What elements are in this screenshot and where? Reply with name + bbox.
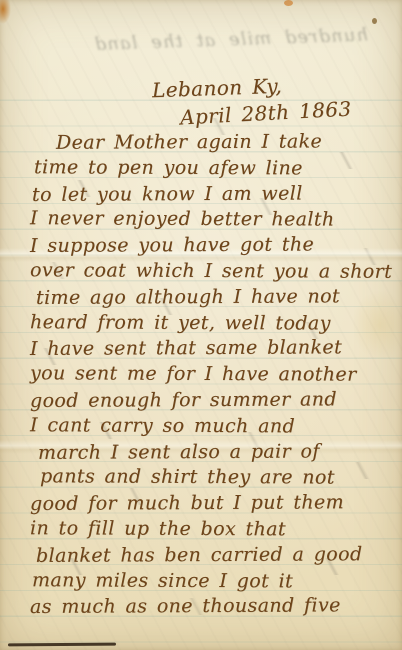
bleed-through-text: hundred mile at the land: [48, 24, 369, 56]
handwritten-line: pants and shirt they are not: [30, 465, 390, 492]
handwritten-line: I suppose you have got the: [30, 232, 390, 260]
handwritten-line: good enough for summer and: [30, 387, 390, 415]
ink-speck: [284, 0, 293, 6]
handwritten-line: over coat which I sent you a short: [30, 258, 390, 285]
letter-date: April 28th 1863: [179, 97, 352, 130]
handwritten-line: time ago although I have not: [30, 284, 390, 312]
ink-stain: [0, 0, 11, 24]
letter-location: Lebanon Ky,: [152, 74, 283, 103]
handwritten-line: I have sent that same blanket: [30, 335, 390, 363]
handwritten-line: march I sent also a pair of: [30, 439, 390, 467]
bottom-edge-mark: [8, 643, 116, 647]
letter-body: Dear Mother again I taketime to pen you …: [30, 130, 390, 620]
handwritten-line: to let you know I am well: [30, 181, 390, 209]
ink-speck: [372, 18, 377, 24]
handwritten-line: in to fill up the box that: [30, 516, 390, 543]
handwritten-line: good for much but I put them: [30, 490, 390, 518]
handwritten-line: Dear Mother again I take: [30, 129, 390, 157]
handwritten-line: as much as one thousand five: [30, 593, 390, 621]
handwritten-line: blanket has ben carried a good: [30, 542, 390, 570]
letter-page: hundred mile at the land Lebanon Ky, Apr…: [0, 0, 402, 650]
handwritten-line: heard from it yet, well today: [30, 310, 390, 337]
handwritten-line: many miles since I got it: [30, 568, 390, 595]
handwritten-line: I cant carry so much and: [30, 413, 390, 440]
handwritten-line: you sent me for I have another: [30, 361, 390, 388]
handwritten-line: time to pen you afew line: [30, 155, 390, 182]
handwritten-line: I never enjoyed better health: [30, 207, 390, 234]
